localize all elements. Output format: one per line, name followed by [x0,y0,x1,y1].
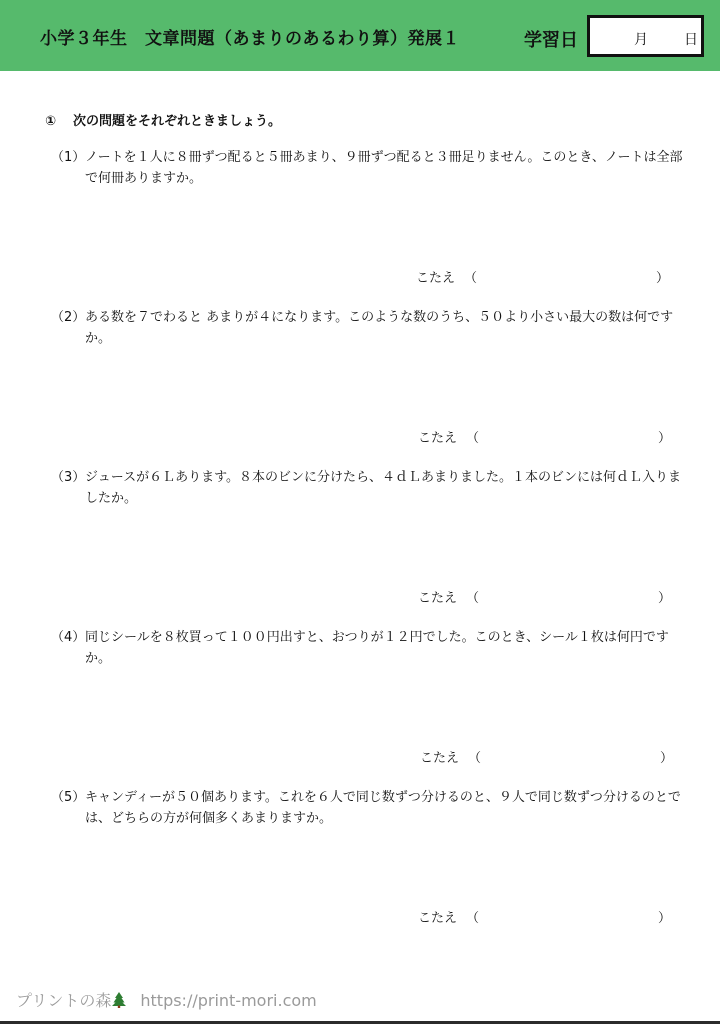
problem-text: ノートを１人に８冊ずつ配ると５冊あまり、９冊ずつ配ると３冊足りません。このとき、… [85,147,685,189]
section-number: ① [45,114,73,129]
problem-1: （1） ノートを１人に８冊ずつ配ると５冊あまり、９冊ずつ配ると３冊足りません。こ… [51,147,691,189]
answer-close-paren: ） [660,747,673,766]
problem-text: 同じシールを８枚買って１００円出すと、おつりが１２円でした。このとき、シール１枚… [85,627,685,669]
answer-close-paren: ） [658,427,671,446]
study-date-label: 学習日 [524,26,578,52]
problem-5: （5） キャンディーが５０個あります。これを６人で同じ数ずつ分けるのと、９人で同… [51,787,691,829]
answer-open-paren: （ [464,267,477,286]
instruction-text: 次の問題をそれぞれときましょう。 [73,114,281,129]
answer-open-paren: （ [466,587,479,606]
problem-3: （3） ジュースが６Ｌあります。８本のビンに分けたら、４ｄＬあまりました。１本の… [51,467,691,509]
problem-number: （4） [51,627,85,648]
day-label: 日 [684,29,698,49]
worksheet-title: 小学３年生 文章問題（あまりのあるわり算）発展１ [40,24,460,49]
tree-icon [112,992,126,1008]
answer-open-paren: （ [466,427,479,446]
study-date-field[interactable]: 月 日 [587,15,704,57]
problem-text: ある数を７でわると あまりが４になります。このような数のうち、５０より小さい最大… [85,307,685,349]
answer-open-paren: （ [468,747,481,766]
problem-number: （1） [51,147,85,168]
answer-label: こたえ [418,907,457,926]
problem-2: （2） ある数を７でわると あまりが４になります。このような数のうち、５０より小… [51,307,691,349]
month-label: 月 [634,29,648,49]
footer-brand: プリントの森 [16,991,126,1010]
answer-label: こたえ [418,427,457,446]
problem-number: （3） [51,467,85,488]
answer-close-paren: ） [658,907,671,926]
answer-close-paren: ） [656,267,669,286]
footer-url[interactable]: https://print-mori.com [140,991,316,1010]
worksheet-header: 小学３年生 文章問題（あまりのあるわり算）発展１ 学習日 月 日 [0,0,720,71]
answer-label: こたえ [418,587,457,606]
answer-close-paren: ） [658,587,671,606]
problem-number: （5） [51,787,85,808]
footer: プリントの森https://print-mori.com [16,988,317,1011]
answer-open-paren: （ [466,907,479,926]
section-instruction: ①次の問題をそれぞれときましょう。 [45,110,281,129]
problem-text: キャンディーが５０個あります。これを６人で同じ数ずつ分けるのと、９人で同じ数ずつ… [85,787,685,829]
problem-number: （2） [51,307,85,328]
answer-label: こたえ [416,267,455,286]
problem-4: （4） 同じシールを８枚買って１００円出すと、おつりが１２円でした。このとき、シ… [51,627,691,669]
brand-name: プリントの森 [16,991,111,1010]
problem-text: ジュースが６Ｌあります。８本のビンに分けたら、４ｄＬあまりました。１本のビンには… [85,467,685,509]
answer-label: こたえ [420,747,459,766]
